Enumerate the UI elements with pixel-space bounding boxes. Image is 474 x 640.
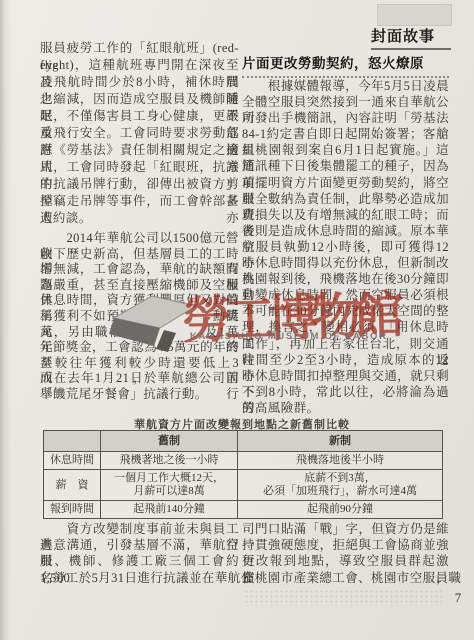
text-line: 之縮減，因而造成空服員及機師睡眠不: [40, 91, 239, 108]
row-label: 薪 資: [44, 470, 101, 501]
text-line: 名勞工於5月31日進行抗議並在華航公: [40, 570, 239, 586]
text-line: 費損失以及有增無減的紅眼工時；而後: [242, 207, 449, 223]
text-line: 2014年華航公司以1500億元營收: [40, 231, 239, 247]
bottom-right-paragraph: 司門口貼滿「戰」字，但資方仍是維持一貫強硬態度，拒絕與工會協商並強行更改報到地點…: [242, 521, 449, 586]
text-line: 者則是造成休息時間的縮減。原本華航: [242, 223, 449, 239]
text-line: 所發出手機簡訊，內容註明「勞基法: [242, 110, 449, 126]
section-heading: 片面更改勞動契約，怒火燎原: [242, 52, 449, 78]
table-header-empty: [44, 431, 101, 452]
text-line: 必須「加班飛行」，薪水可達4萬: [240, 485, 440, 498]
bottom-left-paragraph: 資方改變制度事前並未與員工進行善意溝通，引發基層不滿，華航空服員、機師、修護工廠…: [40, 521, 239, 586]
text-line: 足，不僅傷害員工身心健康，更嚴重危: [40, 108, 239, 125]
right-column-paragraph-1: 根據媒體報導，今年5月5日凌晨全體空服員突然接到一通來自華航公司所發出手機簡訊，…: [242, 78, 449, 416]
text-line: 在桃園市產業總工會、桃園市空服員職: [242, 570, 449, 586]
text-line: 不到8小時，常此以往，必將淪為過勞: [242, 384, 449, 400]
text-line: 起飛前90分鐘: [240, 503, 440, 516]
row-new-value: 飛機落地後半小時: [238, 452, 443, 470]
text-line: 增無減，工會認為，華航的缺額問題極: [40, 262, 239, 278]
page-number: 7: [448, 590, 468, 606]
text-line: 員、機師、修護工廠三個工會約1,500: [40, 553, 239, 569]
text-line: 善意溝通，引發基層不滿，華航空服: [40, 537, 239, 553]
text-line: 及飛行安全。工會同時要求勞動部應檢: [40, 125, 239, 142]
table-row: 報到時間 起飛前140分鐘 起飛前90分鐘: [44, 501, 443, 519]
text-line: 至較往年獲利較少時還要低上3成，因: [40, 356, 239, 372]
text-line: 起飛前140分鐘: [103, 503, 235, 516]
table-header-new: 新制: [238, 431, 443, 452]
text-line: 的高風險群。: [242, 400, 449, 416]
text-line: 84-1約定書自即日起開始簽署；客艙組: [242, 126, 449, 142]
text-line: 更改報到地點，導致空服員群起激憤，: [242, 553, 449, 569]
row-new-value: 底薪不到3萬，必須「加班飛行」，薪水可達4萬: [238, 470, 443, 501]
cover-story-tag: 封面故事: [371, 25, 451, 50]
text-line: 全體空服員突然接到一通來自華航公司: [242, 94, 449, 110]
text-line: 底薪不到3萬，: [240, 472, 440, 485]
text-line: 飛機落地後半小時: [240, 454, 440, 467]
text-line: 動變成休息時間，然而空服員必須根本: [242, 287, 449, 303]
text-line: 稱獲利不如預期 勳獎 萬: [40, 309, 239, 325]
row-old-value: 飛機著地之後一小時: [101, 452, 238, 470]
text-line: 一貫強硬態度，拒絕與工會協商並強行: [242, 537, 449, 553]
text-line: 休息時間，資方獲利豐厚但又對員工謊: [40, 293, 239, 309]
text-line: 理，換言之，變相必須 「用休息時間: [242, 319, 449, 335]
text-line: 而在去年1月21日於華航總公司前舉行: [40, 371, 239, 387]
row-old-value: 起飛前140分鐘: [101, 501, 238, 519]
text-line: 元，另由職福會 及1萬元的: [40, 325, 239, 341]
text-line: 討《勞基法》責任制相關規定之適用方: [40, 142, 239, 159]
text-line: 簡訊種下日後集體罷工的種子，因為前: [242, 158, 449, 174]
left-column-paragraph-1: 服員疲勞工作的「紅眼航班」(red-eyeflight)，這種航班專門開在深夜至…: [40, 40, 239, 227]
left-column-paragraph-2: 2014年華航公司以1500億元營收創下歷史新高，但基層員工的工時卻有增無減，工…: [40, 231, 239, 403]
text-line: 司門口貼滿「戰」字，但資方仍是維持: [242, 521, 449, 537]
text-line: 空服員執勤12小時後，即可獲得12小: [242, 239, 449, 255]
text-line: 且飛航時間少於8小時，補休時間也隨: [40, 74, 239, 91]
text-line: 項擺明資方片面變更勞動契約，將空服: [242, 175, 449, 191]
row-label: 報到時間: [44, 501, 101, 519]
row-old-value: 一個月工作大概12天，月薪可以達8萬: [101, 470, 238, 501]
old-new-comparison-table: 舊制 新制 休息時間 飛機著地之後一小時 飛機落地後半小時 薪 資 一個月工作大…: [43, 430, 443, 519]
table-row: 休息時間 飛機著地之後一小時 飛機落地後半小時: [44, 452, 443, 470]
text-line: 員桃園報到案自6月1日起實施。」這通: [242, 142, 449, 158]
text-line: 時休息時間得以充份休息，但新制改為: [242, 255, 449, 271]
text-line: 服員疲勞工作的「紅眼航班」(red-eye: [40, 40, 239, 57]
text-line: 式，工會同時發起「紅眼班，抗議中」: [40, 159, 239, 176]
table-header-old: 舊制: [101, 431, 238, 452]
text-line: 工作」，再加上若家住台北，則交通往返: [242, 336, 449, 352]
text-line: 時間至少2至3小時，造成原本的12小: [242, 352, 449, 368]
text-line: 桃園報到後，飛機落地在後30分鐘即自: [242, 271, 449, 287]
text-line: 時休息時間扣掉整理與交通，就只剩下: [242, 368, 449, 384]
table-row: 薪 資 一個月工作大概12天，月薪可以達8萬 底薪不到3萬，必須「加班飛行」，薪…: [44, 470, 443, 501]
text-line: flight)，這種航班專門開在深夜至凌晨: [40, 57, 239, 74]
text-line: 的抗議吊牌行動，卻傳出被資方剪掉甚: [40, 176, 239, 193]
text-line: 至竊走吊牌等事件，而工會幹部多人亦: [40, 193, 239, 210]
text-line: 資方改變制度事前並未與員工進行: [40, 521, 239, 537]
scanned-magazine-page: 封面故事 服員疲勞工作的「紅眼航班」(red-eyeflight)，這種航班專門…: [0, 0, 474, 640]
text-line: 創下歷史新高，但基層員工的工時卻有: [40, 247, 239, 263]
row-new-value: 起飛前90分鐘: [238, 501, 443, 519]
text-line: 員全數納為責任制，此舉勢必造成加班: [242, 191, 449, 207]
row-label: 休息時間: [44, 452, 101, 470]
table-header-row: 舊制 新制: [44, 431, 443, 452]
text-line: 飛機著地之後一小時: [103, 454, 235, 467]
text-line: 不可能在30分鐘內完成偌大空間的整: [242, 303, 449, 319]
text-line: 月薪可以達8萬: [103, 485, 235, 498]
footer-dots-texture: [244, 589, 442, 606]
text-line: 一個月工作大概12天，: [103, 472, 235, 485]
header-gray-block: [377, 4, 452, 26]
text-line: 根據媒體報導，今年5月5日凌晨: [242, 78, 449, 94]
text-line: 為嚴重，甚至直接壓縮機師及空服員的: [40, 278, 239, 294]
text-line: 年節獎金，工會認為4.5萬元的年終甚: [40, 340, 239, 356]
